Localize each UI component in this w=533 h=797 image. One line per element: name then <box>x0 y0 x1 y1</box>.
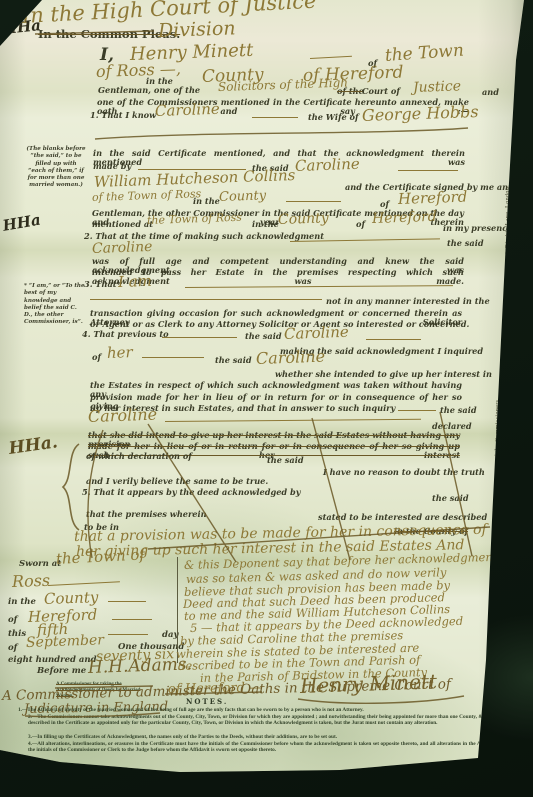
ink-rule <box>90 299 322 300</box>
printed-declaration-of: of which declaration of <box>86 452 192 461</box>
printed-in-the-2: in the <box>193 197 220 206</box>
hw-underline-long <box>95 128 468 139</box>
notes-title: NOTES. <box>186 698 228 706</box>
printed-the-said-3: the said <box>245 332 282 341</box>
printed-the-said-6: the said <box>267 456 304 465</box>
printed-the-said-2: the said <box>447 239 484 248</box>
printed-jurat-of2: of <box>8 644 17 653</box>
printed-the-said-4: the said <box>215 356 252 365</box>
ink-rule <box>398 170 458 171</box>
hw-caroline-2: Caroline <box>295 157 360 174</box>
hw-town-ross-2: the Town of Ross <box>147 212 242 226</box>
ink-rule <box>398 410 436 411</box>
affidavit-sheet: In the High Court of Justice HHa In the … <box>0 0 533 797</box>
hw-caroline-1: Caroline <box>155 102 220 119</box>
printed-stated: stated to be interested are described <box>318 513 487 522</box>
hw-caroline-3: Caroline <box>92 240 153 256</box>
note-4: 4.—All alterations, interlineations, or … <box>28 741 522 754</box>
margin-note-i-am: * “I am,” or “To the best of my knowledg… <box>24 283 86 327</box>
hw-town-of: the Town of <box>56 547 146 567</box>
printed-day: day <box>162 631 178 640</box>
hw-caroline-5: Caroline <box>256 349 326 367</box>
printed-of-4: of <box>92 353 101 362</box>
hw-jurat-county: County <box>44 590 99 607</box>
ink-rule <box>252 117 298 118</box>
printed-wife-of: the Wife of <box>308 113 359 122</box>
printed-mentioned-at: mentioned at <box>92 220 153 229</box>
printed-clause5: 5. That it appears by the deed acknowled… <box>82 488 300 497</box>
hw-the-town: the Town <box>384 43 464 65</box>
printed-made-by: made by <box>93 162 131 171</box>
commissioner-initials-section: HHa. <box>8 434 59 458</box>
printed-clause3b: not in any manner interested in the <box>326 297 490 306</box>
printed-court-of: Court of <box>362 87 400 96</box>
printed-of-3: of <box>356 220 365 229</box>
hw-caroline-6: Caroline <box>88 407 158 425</box>
ink-rule <box>165 419 421 422</box>
ink-rule <box>162 337 237 338</box>
hw-of-town-ross: of the Town of Ross <box>92 188 202 203</box>
hw-ross: Ross <box>12 573 51 590</box>
printed-this: this <box>8 630 26 639</box>
note-1: 1.—The Affidavit of identity of the marr… <box>18 707 400 713</box>
printed-sold-by-vertical: Sold by WATERLOW & SONS, 24, Birchin Lan… <box>505 148 511 348</box>
hw-i-am: I am <box>118 274 152 290</box>
hw-caroline-4: Caroline <box>284 325 349 342</box>
printed-verily: and I verily believe the same to be true… <box>86 477 268 486</box>
commissioner-initials-top: HHa <box>2 18 41 37</box>
ink-rule <box>108 634 148 635</box>
ink-rule <box>142 357 204 358</box>
printed-the-said-5: the said <box>440 406 477 415</box>
hw-division: Division <box>158 19 236 41</box>
hw-county-2: County <box>219 189 267 204</box>
ink-rule <box>108 601 146 602</box>
printed-jurat-of: of <box>8 616 17 625</box>
margin-note-blanks: (The blanks before “the said,” to be fil… <box>26 146 86 190</box>
hw-hereford-2: Hereford <box>398 190 468 207</box>
printed-clause3d: or Agent or as Clerk to any Attorney Sol… <box>90 320 469 329</box>
hw-hereford-3: Hereford <box>372 210 437 226</box>
printed-premises: that the premises wherein <box>86 510 207 519</box>
printed-form-no-vertical: (Deed) No. 5. Affidavit to be made by on… <box>495 350 501 580</box>
hw-her: her <box>107 345 133 361</box>
ink-rule <box>310 56 352 59</box>
hw-justice: Justice <box>413 79 462 95</box>
printed-jurat-in-the: in the <box>8 598 36 607</box>
note-3: 3.—In filling up the Certificates of Ack… <box>28 734 393 740</box>
printed-and: and <box>482 88 499 97</box>
printed-gentleman: Gentleman, one of the <box>98 86 200 95</box>
ink-rule <box>48 581 120 586</box>
printed-whether: whether she intended to give up her inte… <box>275 370 492 379</box>
ink-rule <box>112 619 152 620</box>
printed-eight-hundred: eight hundred and <box>8 656 97 665</box>
printed-clause3: 3. That* <box>84 280 121 289</box>
ink-rule <box>366 339 421 340</box>
hw-george-hobbs: George Hobbs <box>362 104 479 124</box>
note-2: 2.—The Commissioners cannot take acknowl… <box>28 714 522 727</box>
hw-solicitors: Solicitors of the High <box>218 76 348 93</box>
hw-month: September <box>26 633 104 650</box>
printed-of-the-struck: of the <box>337 87 364 96</box>
printed-clause4: 4. That previous to <box>82 330 169 339</box>
printed-sworn-at: Sworn at <box>19 560 61 569</box>
commissioner-initials-mid: HHa <box>2 213 42 234</box>
printed-the-said-7: the said <box>432 494 469 503</box>
printed-in-the-3: in the <box>252 220 279 229</box>
printed-no-reason: I have no reason to doubt the truth <box>323 468 485 477</box>
document-photo: In the High Court of Justice HHa In the … <box>0 0 533 797</box>
signature-minett: Henry Minett <box>300 671 438 696</box>
hw-county-3: County <box>278 211 329 227</box>
printed-that-i-know: 1. That I know <box>90 111 156 120</box>
hw-brace <box>63 444 79 530</box>
printed-before-me: Before me <box>37 667 86 676</box>
ink-rule <box>286 201 341 202</box>
